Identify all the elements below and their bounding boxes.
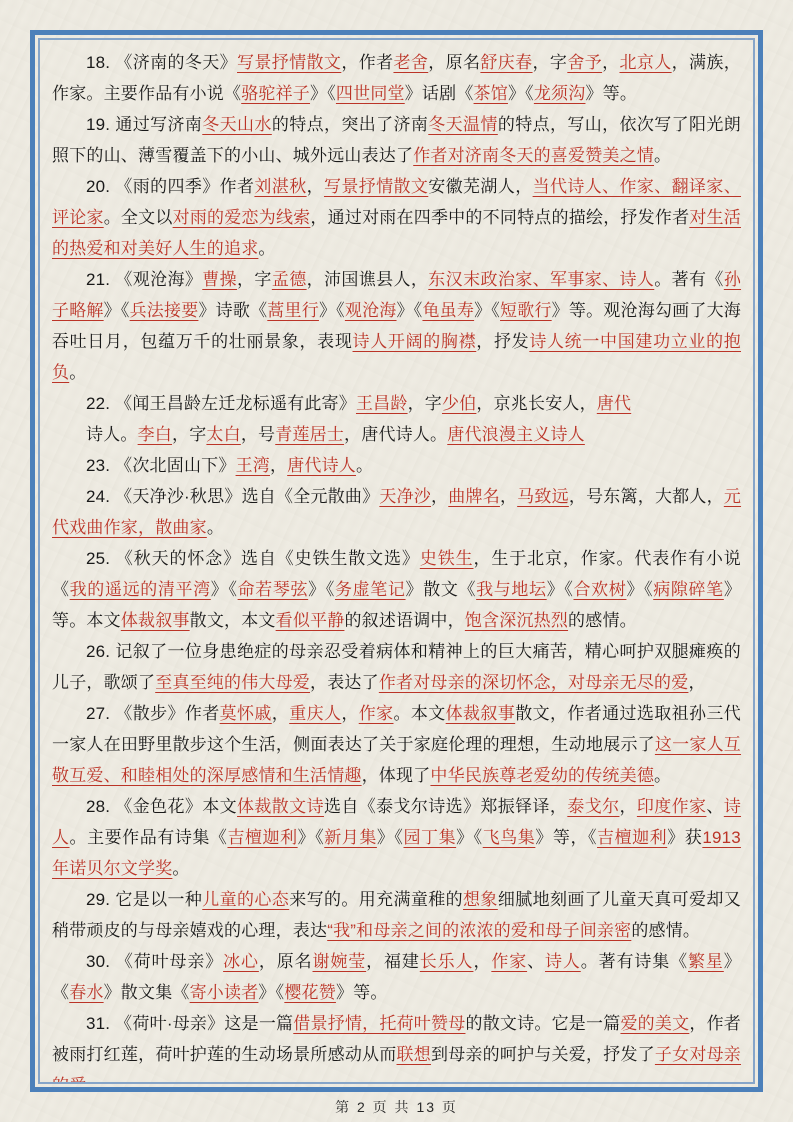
text-run: 、 (527, 952, 545, 971)
text-run: ，体现了 (362, 766, 431, 785)
text-run: 27. 《散步》作者 (86, 704, 220, 723)
text-run: 29. 它是以一种 (86, 890, 202, 909)
text-run: ， (272, 704, 289, 723)
highlighted-text: 吉檀迦利 (227, 828, 297, 847)
text-run: 。本文 (394, 704, 446, 723)
text-run: 》散文集《 (104, 983, 190, 1002)
text-run: 31. 《荷叶·母亲》这是一篇 (86, 1014, 293, 1033)
note-paragraph: 22. 《闻王昌龄左迁龙标遥有此寄》王昌龄，字少伯，京兆长安人，唐代 (52, 388, 741, 419)
text-run: 》散文《 (406, 580, 477, 599)
note-paragraph: 诗人。李白，字太白，号青莲居士，唐代诗人。唐代浪漫主义诗人 (52, 419, 741, 450)
highlighted-text: 太白 (206, 425, 240, 444)
highlighted-text: 务虚笔记 (335, 580, 406, 599)
text-run: ，字 (237, 270, 272, 289)
highlighted-text: 史铁生 (420, 549, 474, 568)
text-run: 》《 (397, 301, 423, 320)
text-run: 的特点，突出了济南 (272, 115, 428, 134)
highlighted-text: 中华民族尊老爱幼的传统美德 (430, 766, 654, 785)
text-run: 》获 (667, 828, 702, 847)
text-run: 》《 (298, 828, 325, 847)
text-run: ， (341, 704, 358, 723)
highlighted-text: 爱的美文 (620, 1014, 689, 1033)
highlighted-text: 孟德 (272, 270, 307, 289)
highlighted-text: 四世同堂 (336, 84, 405, 103)
highlighted-text: 曹操 (202, 270, 237, 289)
highlighted-text: 天净沙 (379, 487, 431, 506)
text-run: ， (688, 673, 705, 692)
note-paragraph: 25. 《秋天的怀念》选自《史铁生散文选》史铁生，生于北京，作家。代表作有小说《… (52, 543, 741, 636)
text-run: ， (307, 177, 324, 196)
text-run: 21. 《观沧海》 (86, 270, 202, 289)
text-run: 。著有《 (654, 270, 724, 289)
text-run: 》等。 (336, 983, 388, 1002)
note-paragraph: 30. 《荷叶母亲》冰心，原名谢婉莹，福建长乐人，作家、诗人。著有诗集《繁星》《… (52, 946, 741, 1008)
note-paragraph: 27. 《散步》作者莫怀戚，重庆人，作家。本文体裁叙事散文，作者通过选取祖孙三代… (52, 698, 741, 791)
text-run: 。全文以 (104, 208, 173, 227)
text-run: ，号 (241, 425, 275, 444)
highlighted-text: 樱花赞 (284, 983, 336, 1002)
highlighted-text: 园丁集 (403, 828, 456, 847)
text-run: 、 (706, 797, 723, 816)
text-run: 安徽芜湖人， (428, 177, 532, 196)
text-run: ，号东篱，大都人， (569, 487, 724, 506)
highlighted-text: 观沧海 (345, 301, 397, 320)
highlighted-text: 曲牌名 (448, 487, 500, 506)
text-run: 》等，《 (535, 828, 597, 847)
text-run: 。主要作品有诗集《 (70, 828, 228, 847)
note-paragraph: 21. 《观沧海》曹操，字孟德，沛国谯县人，东汉末政治家、军事家、诗人。著有《孙… (52, 264, 741, 388)
highlighted-text: 写景抒情散文 (237, 53, 341, 72)
text-run: 》等。 (585, 84, 637, 103)
highlighted-text: 饱含深沉热烈 (465, 611, 568, 630)
highlighted-text: 冬天山水 (202, 115, 272, 134)
text-run: ，原名 (259, 952, 313, 971)
text-run: 18. 《济南的冬天》 (86, 53, 237, 72)
highlighted-text: 冰心 (223, 952, 259, 971)
text-run: ，沛国谯县人， (307, 270, 429, 289)
highlighted-text: 体裁叙事 (446, 704, 516, 723)
text-run: 来写的。用充满童稚的 (289, 890, 463, 909)
highlighted-text: 泰戈尔 (567, 797, 619, 816)
page-border-frame: 18. 《济南的冬天》写景抒情散文，作者老舍，原名舒庆春，字舍予，北京人，满族，… (30, 30, 763, 1092)
text-run: ， (473, 952, 491, 971)
text-run: 的叙述语调中， (344, 611, 464, 630)
highlighted-text: 我与地坛 (476, 580, 547, 599)
highlighted-text: 舒庆春 (480, 53, 532, 72)
highlighted-text: 北京人 (619, 53, 671, 72)
note-paragraph: 24. 《天净沙·秋思》选自《全元散曲》天净沙，曲牌名，马致远，号东篱，大都人，… (52, 481, 741, 543)
text-run: ，京兆长安人， (476, 394, 596, 413)
highlighted-text: 短歌行 (500, 301, 552, 320)
highlighted-text: 作家 (491, 952, 527, 971)
highlighted-text: 飞鸟集 (483, 828, 536, 847)
highlighted-text: 谢婉莹 (313, 952, 367, 971)
note-paragraph: 23. 《次北固山下》王湾，唐代诗人。 (52, 450, 741, 481)
text-run: 选自《泰戈尔诗选》郑振铎译， (324, 797, 567, 816)
highlighted-text: 作者对母亲的深切怀念，对母亲无尽的爱 (379, 673, 689, 692)
text-run: 。 (86, 1076, 103, 1084)
note-paragraph: 26. 记叙了一位身患绝症的母亲忍受着病体和精神上的巨大痛苦，精心呵护双腿瘫痪的… (52, 636, 741, 698)
text-run: 。 (172, 859, 189, 878)
highlighted-text: 唐代 (597, 394, 631, 413)
highlighted-text: 病隙碎笔 (653, 580, 724, 599)
highlighted-text: 命若琴弦 (238, 580, 309, 599)
highlighted-text: 舍予 (567, 53, 602, 72)
highlighted-text: 繁星 (688, 952, 724, 971)
text-run: 22. 《闻王昌龄左迁龙标遥有此寄》 (86, 394, 356, 413)
highlighted-text: 想象 (463, 890, 498, 909)
text-run: 23. 《次北固山下》 (86, 456, 236, 475)
text-run: ，字 (408, 394, 442, 413)
highlighted-text: 诗人开阔的胸襟 (353, 332, 477, 351)
text-run: 。著有诗集《 (581, 952, 688, 971)
text-run: 》《 (104, 301, 130, 320)
highlighted-text: 茶馆 (474, 84, 508, 103)
text-run: 》《 (508, 84, 534, 103)
note-paragraph: 31. 《荷叶·母亲》这是一篇借景抒情，托荷叶赞母的散文诗。它是一篇爱的美文，作… (52, 1008, 741, 1084)
text-run: ，通过对雨在四季中的不同特点的描绘，抒发作者 (310, 208, 689, 227)
text-run: 》《 (319, 301, 345, 320)
highlighted-text: 李白 (138, 425, 172, 444)
text-run: 》《 (626, 580, 653, 599)
highlighted-text: 儿童的心态 (202, 890, 289, 909)
highlighted-text: “我”和母亲之间的浓浓的爱和母子间亲密 (327, 921, 631, 940)
highlighted-text: 印度作家 (637, 797, 707, 816)
text-run: 》《 (547, 580, 574, 599)
text-run: ， (619, 797, 636, 816)
highlighted-text: 王湾 (236, 456, 270, 475)
text-run: 》话剧《 (405, 84, 474, 103)
text-run: ，原名 (428, 53, 480, 72)
page-number-footer: 第 2 页 共 13 页 (0, 1097, 793, 1117)
highlighted-text: 重庆人 (289, 704, 341, 723)
text-run: 的感情。 (568, 611, 637, 630)
text-run: 的散文诗。它是一篇 (465, 1014, 620, 1033)
text-run: 》《 (310, 84, 336, 103)
text-run: 。 (69, 363, 86, 382)
highlighted-text: 老舍 (393, 53, 428, 72)
text-run: ，福建 (366, 952, 420, 971)
highlighted-text: 龙须沟 (534, 84, 586, 103)
highlighted-text: 合欢树 (574, 580, 627, 599)
text-run: 》《 (474, 301, 500, 320)
text-run: ， (431, 487, 448, 506)
note-paragraph: 20. 《雨的四季》作者刘湛秋，写景抒情散文安徽芜湖人，当代诗人、作家、翻译家、… (52, 171, 741, 264)
highlighted-text: 骆驼祥子 (241, 84, 310, 103)
text-run: 。 (356, 456, 373, 475)
text-run: 诗人。 (86, 425, 138, 444)
highlighted-text: 少伯 (442, 394, 476, 413)
highlighted-text: 青莲居士 (275, 425, 344, 444)
highlighted-text: 作家 (359, 704, 394, 723)
highlighted-text: 刘湛秋 (254, 177, 306, 196)
highlighted-text: 王昌龄 (356, 394, 408, 413)
highlighted-text: 诗人 (545, 952, 581, 971)
text-run: ，唐代诗人。 (344, 425, 447, 444)
text-run: 24. 《天净沙·秋思》选自《全元散曲》 (86, 487, 379, 506)
text-run: ，字 (172, 425, 206, 444)
note-paragraph: 29. 它是以一种儿童的心态来写的。用充满童稚的想象细腻地刻画了儿童天真可爱却又… (52, 884, 741, 946)
text-run: 》诗歌《 (198, 301, 267, 320)
text-run: ， (270, 456, 287, 475)
text-run: 19. 通过写济南 (86, 115, 202, 134)
text-run: ，表达了 (310, 673, 379, 692)
note-paragraph: 19. 通过写济南冬天山水的特点，突出了济南冬天温情的特点，写山，依次写了阳光朗… (52, 109, 741, 171)
highlighted-text: 莫怀戚 (220, 704, 272, 723)
highlighted-text: 寄小读者 (190, 983, 259, 1002)
text-run: ，字 (533, 53, 568, 72)
text-run: 》《 (308, 580, 335, 599)
text-run: 》《 (258, 983, 284, 1002)
text-run: ，作者 (341, 53, 393, 72)
text-run: 的感情。 (631, 921, 700, 940)
highlighted-text: 借景抒情，托荷叶赞母 (293, 1014, 465, 1033)
text-run: ， (602, 53, 619, 72)
note-paragraph: 18. 《济南的冬天》写景抒情散文，作者老舍，原名舒庆春，字舍予，北京人，满族，… (52, 47, 741, 109)
highlighted-text: 联想 (397, 1045, 431, 1064)
highlighted-text: 兵法接要 (130, 301, 199, 320)
highlighted-text: 新月集 (324, 828, 377, 847)
text-run: 散文，本文 (190, 611, 276, 630)
text-run: 28. 《金色花》本文 (86, 797, 237, 816)
text-run: 到母亲的呵护与关爱，抒发了 (431, 1045, 655, 1064)
highlighted-text: 我的遥远的清平湾 (70, 580, 211, 599)
highlighted-text: 体裁叙事 (121, 611, 190, 630)
text-run: 》《 (377, 828, 404, 847)
text-run: 30. 《荷叶母亲》 (86, 952, 223, 971)
text-run: 》《 (456, 828, 483, 847)
text-run: 。 (654, 146, 671, 165)
highlighted-text: 作者对济南冬天的喜爱赞美之情 (413, 146, 654, 165)
highlighted-text: 冬天温情 (428, 115, 498, 134)
highlighted-text: 吉檀迦利 (597, 828, 667, 847)
highlighted-text: 体裁散文诗 (237, 797, 324, 816)
highlighted-text: 写景抒情散文 (324, 177, 428, 196)
text-run: 。 (258, 239, 275, 258)
highlighted-text: 唐代诗人 (287, 456, 356, 475)
highlighted-text: 龟虽寿 (422, 301, 474, 320)
highlighted-text: 东汉末政治家、军事家、诗人 (428, 270, 654, 289)
highlighted-text: 春水 (69, 983, 103, 1002)
text-run: 20. 《雨的四季》作者 (86, 177, 254, 196)
highlighted-text: 唐代浪漫主义诗人 (447, 425, 585, 444)
text-run: 》《 (211, 580, 238, 599)
text-run: 。 (654, 766, 671, 785)
page-border-inner-line: 18. 《济南的冬天》写景抒情散文，作者老舍，原名舒庆春，字舍予，北京人，满族，… (38, 38, 755, 1084)
highlighted-text: 马致远 (517, 487, 569, 506)
note-paragraph: 28. 《金色花》本文体裁散文诗选自《泰戈尔诗选》郑振铎译，泰戈尔，印度作家、诗… (52, 791, 741, 884)
highlighted-text: 对雨的爱恋为线索 (173, 208, 311, 227)
text-run: 。 (207, 518, 224, 537)
highlighted-text: 看似平静 (276, 611, 345, 630)
document-body: 18. 《济南的冬天》写景抒情散文，作者老舍，原名舒庆春，字舍予，北京人，满族，… (52, 47, 741, 1084)
highlighted-text: 长乐人 (420, 952, 474, 971)
text-run: ，抒发 (476, 332, 529, 351)
text-run: ， (500, 487, 517, 506)
highlighted-text: 至真至纯的伟大母爱 (155, 673, 310, 692)
highlighted-text: 蒿里行 (267, 301, 319, 320)
text-run: 25. 《秋天的怀念》选自《史铁生散文选》 (86, 549, 420, 568)
